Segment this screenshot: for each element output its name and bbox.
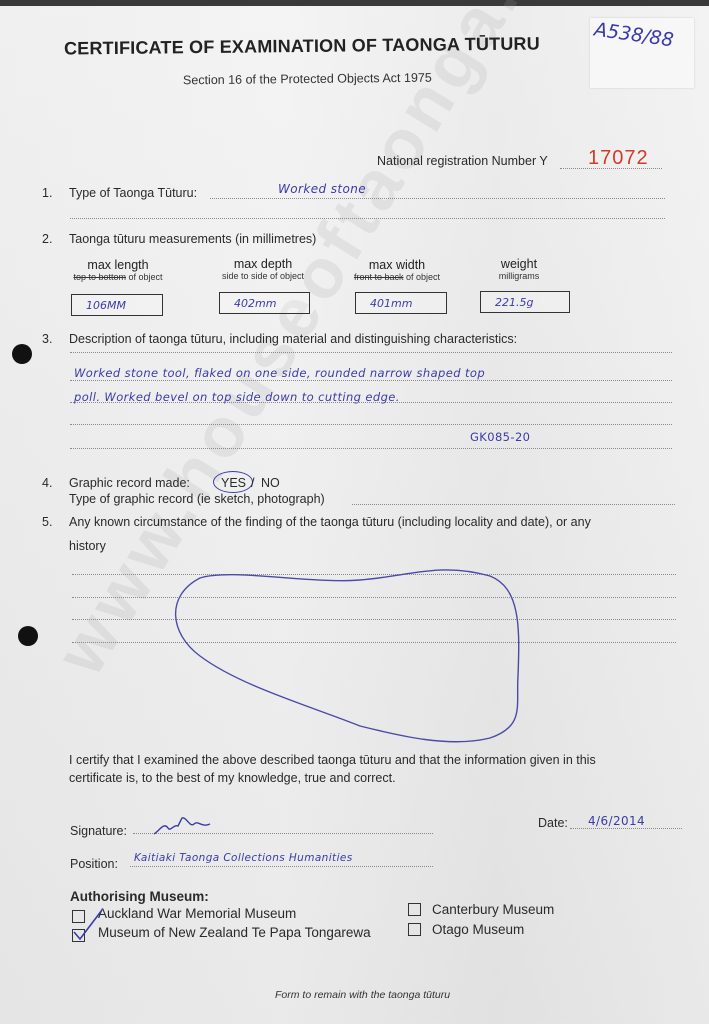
authorising-museum-heading: Authorising Museum: [70, 889, 209, 904]
q4-type-label: Type of graphic record (ie sketch, photo… [69, 492, 325, 506]
museum-option-te-papa[interactable]: Museum of New Zealand Te Papa Tongarewa [98, 925, 371, 940]
q1-line [210, 198, 665, 199]
measurement-max-depth: max depth side to side of object [193, 257, 333, 281]
signature-label: Signature: [70, 824, 127, 838]
q5-label-2: history [69, 539, 106, 553]
sketch-outline [176, 570, 519, 742]
measurement-heading: weight [449, 257, 589, 271]
certificate-page: www.houseoftaonga.co.nz CERTIFICATE OF E… [0, 6, 709, 1024]
max-depth-box[interactable]: 402mm [219, 292, 310, 314]
measurement-weight: weight milligrams [449, 257, 589, 281]
registration-number[interactable]: 17072 [588, 147, 649, 170]
q3-line-1-text[interactable]: Worked stone tool, flaked on one side, r… [74, 366, 485, 380]
checkbox-otago[interactable] [408, 923, 421, 936]
certify-line-1: I certify that I examined the above desc… [69, 753, 596, 767]
q1-number: 1. [42, 186, 52, 200]
struck-text: top to bottom [73, 272, 126, 282]
q4-number: 4. [42, 476, 52, 490]
museum-option-auckland[interactable]: Auckland War Memorial Museum [98, 906, 296, 921]
measurement-max-width: max width front to back of object [327, 258, 467, 282]
measurement-subheading: front to back of object [327, 272, 467, 282]
position-label: Position: [70, 857, 118, 871]
q2-number: 2. [42, 232, 52, 246]
stone-tool-sketch [160, 566, 540, 756]
measurement-subheading: side to side of object [193, 271, 333, 281]
q3-line-1 [70, 380, 672, 381]
measurement-heading: max depth [193, 257, 333, 271]
max-width-value: 401mm [356, 293, 446, 310]
struck-text: front to back [354, 272, 404, 282]
q3-line-3 [70, 424, 672, 425]
q4-label: Graphic record made: [69, 476, 190, 490]
certify-line-2: certificate is, to the best of my knowle… [69, 771, 396, 785]
q3-line-4 [70, 448, 672, 449]
page-subtitle: Section 16 of the Protected Objects Act … [183, 71, 432, 88]
q3-number: 3. [42, 332, 52, 346]
date-line [570, 828, 682, 829]
museum-option-otago[interactable]: Otago Museum [432, 922, 524, 937]
max-depth-value: 402mm [220, 293, 309, 310]
yes-circled-mark [213, 471, 253, 493]
q4-separator: / [251, 476, 254, 490]
measurement-subheading: top to bottom of object [48, 272, 188, 282]
q1-label: Type of Taonga Tūturu: [69, 186, 197, 200]
measurement-max-length: max length top to bottom of object [48, 258, 188, 282]
q2-label: Taonga tūturu measurements (in millimetr… [69, 232, 316, 246]
q4-no-option[interactable]: NO [261, 476, 280, 490]
measurement-heading: max width [327, 258, 467, 272]
position-value[interactable]: Kaitiaki Taonga Collections Humanities [134, 852, 353, 864]
position-line [130, 866, 433, 867]
sub-text: of object [126, 272, 163, 282]
sub-text: of object [404, 272, 441, 282]
q3-label: Description of taonga tūturu, including … [69, 332, 517, 346]
footer-note: Form to remain with the taonga tūturu [275, 989, 450, 1001]
max-length-box[interactable]: 106MM [71, 294, 163, 316]
q4-type-line[interactable] [352, 504, 675, 505]
q5-label-1: Any known circumstance of the finding of… [69, 515, 591, 529]
punch-hole [12, 344, 32, 364]
signature-scribble [150, 814, 220, 838]
q3-line-0 [70, 352, 672, 353]
q3-code[interactable]: GK085-20 [470, 430, 530, 444]
max-width-box[interactable]: 401mm [355, 292, 447, 314]
museum-option-canterbury[interactable]: Canterbury Museum [432, 902, 554, 917]
weight-value: 221.5g [481, 292, 569, 309]
q5-number: 5. [42, 515, 52, 529]
punch-hole [18, 626, 38, 646]
date-label: Date: [538, 816, 568, 830]
date-value[interactable]: 4/6/2014 [588, 814, 645, 828]
checkbox-canterbury[interactable] [408, 903, 421, 916]
measurement-subheading: milligrams [449, 271, 589, 281]
q1-value[interactable]: Worked stone [278, 182, 366, 196]
q1-line-2 [70, 218, 665, 219]
weight-box[interactable]: 221.5g [480, 291, 570, 313]
max-length-value: 106MM [72, 295, 162, 312]
q3-line-2 [70, 402, 672, 403]
measurement-heading: max length [48, 258, 188, 272]
registration-label: National registration Number Y [377, 154, 548, 168]
